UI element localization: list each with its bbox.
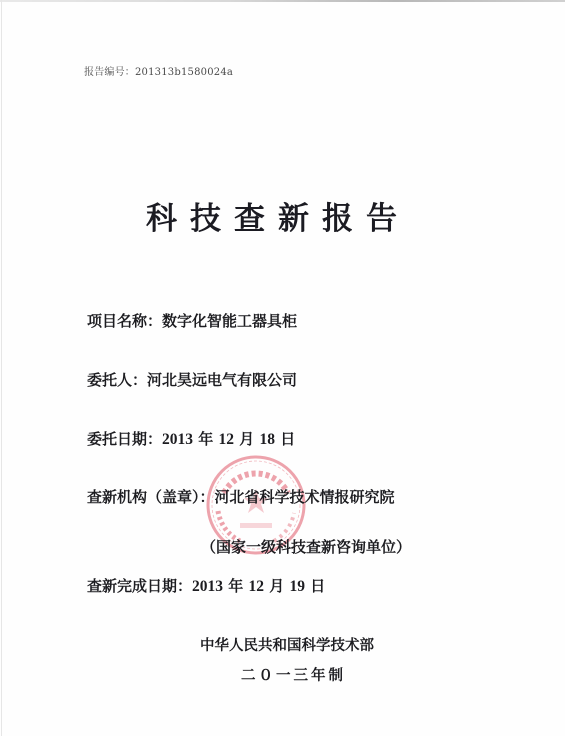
completion-day: 19 [289, 578, 305, 595]
project-name-label: 项目名称： [87, 312, 162, 330]
year-unit: 年 [228, 577, 243, 595]
completion-date-field: 查新完成日期：2013 年 12 月 19 日 [87, 575, 325, 596]
client-label: 委托人： [87, 371, 147, 389]
commission-day: 18 [259, 431, 275, 448]
document-title: 科技查新报告 [146, 193, 410, 238]
completion-date-label: 查新完成日期： [87, 577, 192, 595]
month-unit: 月 [269, 577, 284, 595]
project-name-value: 数字化智能工器具柜 [162, 312, 297, 330]
completion-month: 12 [249, 578, 265, 595]
project-name-field: 项目名称：数字化智能工器具柜 [87, 310, 297, 331]
commission-date-label: 委托日期： [87, 430, 162, 448]
agency-label: 查新机构（盖章）： [87, 488, 215, 506]
year-unit: 年 [198, 430, 213, 448]
agency-subtitle: （国家一级科技查新咨询单位） [201, 536, 565, 557]
report-number: 报告编号：201313b1580024a [84, 63, 233, 78]
commission-date-field: 委托日期：2013 年 12 月 18 日 [87, 428, 295, 449]
client-field: 委托人：河北昊远电气有限公司 [87, 369, 297, 390]
issuing-ministry: 中华人民共和国科学技术部 [200, 634, 374, 655]
month-unit: 月 [239, 430, 254, 448]
agency-value: 河北省科学技术情报研究院 [215, 488, 395, 506]
day-unit: 日 [310, 577, 325, 595]
scan-edge [0, 0, 565, 2]
report-number-label: 报告编号： [84, 67, 135, 78]
completion-year: 2013 [192, 578, 223, 595]
scan-edge [1, 0, 2, 736]
commission-year: 2013 [162, 431, 193, 448]
client-value: 河北昊远电气有限公司 [147, 371, 297, 389]
agency-field: 查新机构（盖章）：河北省科学技术情报研究院 [87, 486, 565, 507]
day-unit: 日 [280, 430, 295, 448]
issued-year: 二０一三年制 [241, 664, 346, 685]
document-page: 报告编号：201313b1580024a 科技查新报告 项目名称：数字化智能工器… [0, 0, 565, 736]
report-number-value: 201313b1580024a [135, 67, 233, 78]
commission-month: 12 [219, 431, 235, 448]
